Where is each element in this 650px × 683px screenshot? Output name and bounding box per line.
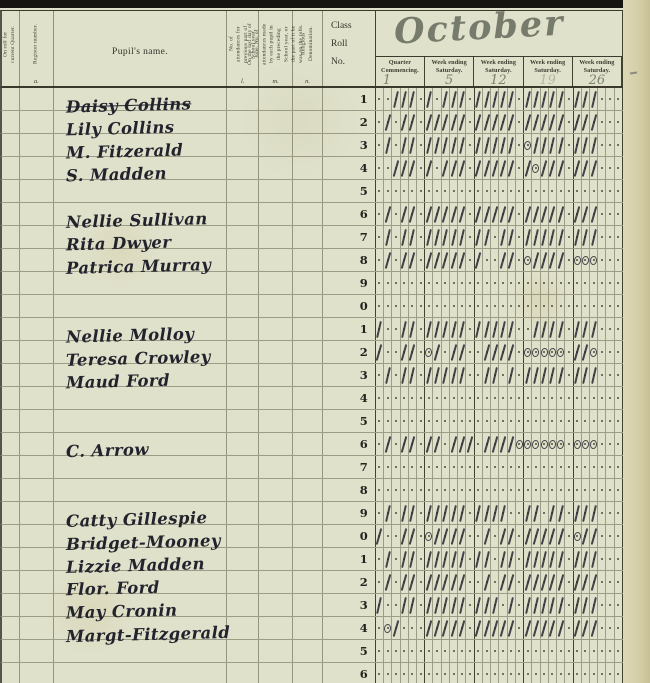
printed-dot (510, 650, 512, 652)
attendance-day-cell (524, 548, 532, 570)
empty-cell (259, 157, 293, 179)
attendance-stroke-mark (541, 366, 547, 383)
printed-dot (617, 604, 619, 606)
attendance-day-cell (508, 548, 516, 570)
attendance-day-cell (508, 364, 516, 386)
attendance-stroke-mark (409, 320, 415, 337)
week-attendance-block (475, 571, 524, 593)
attendance-day-cell (565, 318, 572, 340)
attendance-day-cell (532, 157, 540, 179)
printed-dot (617, 466, 619, 468)
printed-dot (444, 190, 446, 192)
attendance-day-cell (425, 663, 433, 683)
attendance-day-cell (376, 571, 384, 593)
printed-dot (420, 466, 422, 468)
week-attendance-block (574, 617, 623, 639)
attendance-day-cell (516, 594, 523, 616)
attendance-day-cell (499, 318, 507, 340)
attendance-stroke-mark (442, 228, 448, 245)
attendance-day-cell (376, 295, 384, 317)
empty-cell (20, 433, 54, 455)
pupil-name-cell (54, 295, 227, 317)
attendance-stroke-mark (574, 320, 580, 337)
empty-cell (2, 663, 20, 683)
attendance-stroke-mark (582, 206, 589, 223)
printed-dot (486, 397, 488, 399)
class-roll-number: 2 (360, 115, 368, 129)
attendance-day-cell (401, 295, 409, 317)
empty-cell (227, 226, 259, 248)
attendance-day-cell (516, 272, 523, 294)
printed-dot (617, 420, 619, 422)
attendance-day-cell (606, 364, 614, 386)
attendance-day-cell (417, 226, 424, 248)
printed-dot (568, 604, 570, 606)
empty-cell (20, 88, 54, 110)
attendance-day-cell (524, 571, 532, 593)
attendance-day-cell (615, 479, 622, 501)
attendance-stroke-mark (590, 574, 597, 591)
attendance-day-cell (590, 433, 598, 455)
attendance-day-cell (508, 525, 516, 547)
printed-dot (518, 420, 520, 422)
printed-dot (568, 190, 570, 192)
empty-cell (293, 387, 323, 409)
empty-cell (227, 479, 259, 501)
attendance-stroke-mark (409, 160, 416, 177)
attendance-day-cell (606, 433, 614, 455)
attendance-day-cell (392, 341, 400, 363)
empty-cell (259, 663, 293, 683)
attendance-stroke-mark (426, 550, 432, 567)
attendance-day-cell (590, 157, 598, 179)
printed-dot (601, 374, 603, 376)
attendance-stroke-mark (508, 620, 515, 637)
printed-dot (502, 420, 504, 422)
printed-dot (551, 466, 553, 468)
empty-cell (259, 180, 293, 202)
attendance-day-cell (598, 456, 606, 478)
attendance-stroke-mark (583, 504, 589, 521)
class-roll-number: 9 (360, 276, 368, 290)
printed-dot (378, 489, 380, 491)
attendance-day-cell (508, 341, 516, 363)
attendance-day-cell (466, 134, 473, 156)
attendance-day-cell (574, 88, 582, 110)
attendance-day-cell (549, 111, 557, 133)
attendance-day-cell (516, 410, 523, 432)
printed-dot (395, 581, 397, 583)
printed-dot (395, 650, 397, 652)
printed-dot (494, 673, 496, 675)
week-attendance-block (376, 249, 425, 271)
printed-dot (593, 650, 595, 652)
attendance-day-cell (590, 318, 598, 340)
attendance-day-cell (524, 134, 532, 156)
printed-dot (510, 512, 512, 514)
attendance-day-cell (590, 364, 598, 386)
attendance-stroke-mark (442, 90, 448, 107)
absence-zero-mark (581, 439, 589, 449)
week-attendance-block (524, 502, 573, 524)
attendance-day-cell (466, 364, 473, 386)
printed-dot (403, 627, 405, 629)
attendance-day-cell (376, 157, 384, 179)
attendance-day-cell (574, 364, 582, 386)
printed-dot (510, 489, 512, 491)
printed-dot (609, 351, 611, 353)
empty-cell (259, 456, 293, 478)
week-attendance-block (475, 594, 524, 616)
printed-dot (543, 282, 545, 284)
attendance-day-cell (598, 88, 606, 110)
attendance-day-cell (582, 525, 590, 547)
attendance-day-cell (433, 318, 441, 340)
empty-cell (227, 111, 259, 133)
empty-cell (2, 502, 20, 524)
attendance-day-cell (401, 341, 409, 363)
attendance-stroke-mark (483, 574, 490, 591)
attendance-stroke-mark (475, 596, 481, 613)
printed-dot (428, 489, 430, 491)
attendance-stroke-mark (500, 90, 506, 107)
printed-dot (576, 673, 578, 675)
attendance-day-cell (475, 456, 483, 478)
attendance-day-cell (508, 249, 516, 271)
attendance-day-cell (574, 341, 582, 363)
attendance-stroke-mark (409, 90, 415, 107)
week-attendance-block (475, 272, 524, 294)
attendance-day-cell (425, 272, 433, 294)
empty-cell (293, 502, 323, 524)
attendance-day-cell (442, 249, 450, 271)
class-roll-number: 6 (360, 437, 368, 451)
attendance-day-cell (606, 387, 614, 409)
empty-cell (259, 203, 293, 225)
attendance-day-cell (516, 180, 523, 202)
printed-dot (387, 282, 389, 284)
attendance-day-cell (384, 134, 392, 156)
attendance-day-cell (532, 640, 540, 662)
printed-dot (502, 374, 504, 376)
printed-dot (518, 144, 520, 146)
attendance-day-cell (541, 111, 549, 133)
printed-dot (387, 190, 389, 192)
empty-cell (227, 272, 259, 294)
week-attendance-block (574, 548, 623, 570)
attendance-day-cell (615, 318, 622, 340)
attendance-day-cell (392, 433, 400, 455)
attendance-day-cell (615, 433, 622, 455)
attendance-day-cell (549, 341, 557, 363)
pupil-name: Maud Ford (66, 371, 170, 393)
attendance-stroke-mark (533, 252, 540, 269)
attendance-day-cell (574, 525, 582, 547)
attendance-day-cell (450, 249, 458, 271)
attendance-day-cell (466, 387, 473, 409)
pupil-row: Nellie Sullivan6 (0, 203, 623, 226)
printed-dot (576, 420, 578, 422)
attendance-stroke-mark (574, 90, 580, 107)
attendance-day-cell (615, 548, 622, 570)
empty-cell (2, 410, 20, 432)
attendance-day-cell (401, 88, 409, 110)
attendance-day-cell (442, 433, 450, 455)
attendance-day-cell (409, 571, 417, 593)
attendance-day-cell (557, 318, 565, 340)
attendance-day-cell (392, 502, 400, 524)
attendance-day-cell (557, 548, 565, 570)
week-attendance-block (425, 502, 474, 524)
empty-cell (20, 203, 54, 225)
printed-dot (601, 259, 603, 261)
attendance-stroke-mark (590, 528, 597, 545)
attendance-day-cell (582, 318, 590, 340)
printed-dot (584, 190, 586, 192)
attendance-day-cell (508, 318, 516, 340)
printed-dot (378, 512, 380, 514)
week-attendance-block (425, 571, 474, 593)
printed-dot (527, 190, 529, 192)
printed-dot (609, 98, 611, 100)
empty-cell (293, 640, 323, 662)
attendance-day-cell (409, 157, 417, 179)
attendance-stroke-mark (442, 620, 449, 637)
printed-dot (601, 604, 603, 606)
attendance-day-cell (409, 364, 417, 386)
printed-dot (428, 420, 430, 422)
empty-cell (259, 502, 293, 524)
week-attendance-block (475, 364, 524, 386)
printed-dot (518, 98, 520, 100)
class-roll-number: 3 (360, 368, 368, 382)
attendance-day-cell (516, 456, 523, 478)
attendance-day-cell (417, 571, 424, 593)
class-roll-number: 4 (360, 391, 368, 405)
week-attendance-block (524, 111, 573, 133)
attendance-stroke-mark (491, 620, 498, 637)
attendance-day-cell (541, 203, 549, 225)
attendance-stroke-mark (574, 344, 581, 361)
attendance-stroke-mark (541, 574, 548, 591)
attendance-day-cell (541, 295, 549, 317)
pupil-name: S. Madden (66, 164, 167, 186)
attendance-day-cell (590, 502, 598, 524)
attendance-day-cell (475, 594, 483, 616)
printed-dot (378, 558, 380, 560)
empty-cell (293, 594, 323, 616)
week-attendance-block (574, 433, 623, 455)
attendance-day-cell (565, 548, 572, 570)
attendance-day-cell (401, 456, 409, 478)
attendance-day-cell (606, 88, 614, 110)
attendance-stroke-mark (434, 136, 440, 153)
attendance-day-cell (491, 180, 499, 202)
empty-cell (2, 571, 20, 593)
printed-dot (420, 581, 422, 583)
week-attendance-block (425, 479, 474, 501)
attendance-day-cell (516, 479, 523, 501)
attendance-day-cell (384, 387, 392, 409)
printed-dot (436, 466, 438, 468)
week-header-block: Week ending Saturday.12 (474, 57, 523, 86)
printed-dot (444, 673, 446, 675)
attendance-stroke-mark (491, 206, 498, 223)
pupil-name: C. Arrow (66, 440, 149, 461)
attendance-day-cell (384, 456, 392, 478)
printed-dot (420, 167, 422, 169)
attendance-stroke-mark (500, 620, 507, 637)
printed-dot (568, 213, 570, 215)
empty-cell (227, 134, 259, 156)
attendance-day-cell (524, 479, 532, 501)
attendance-day-cell (615, 663, 622, 683)
printed-dot (461, 489, 463, 491)
printed-dot (411, 673, 413, 675)
attendance-day-cell (392, 594, 400, 616)
attendance-stroke-mark (590, 620, 597, 637)
printed-dot (593, 190, 595, 192)
attendance-stroke-mark (434, 620, 441, 637)
attendance-day-cell (392, 226, 400, 248)
attendance-day-cell (425, 341, 433, 363)
attendance-day-cell (524, 226, 532, 248)
attendance-day-cell (582, 479, 590, 501)
printed-dot (617, 650, 619, 652)
printed-dot (486, 420, 488, 422)
attendance-day-cell (376, 272, 384, 294)
week-attendance-block (574, 295, 623, 317)
attendance-stroke-mark (525, 90, 531, 107)
week-attendance-block (524, 226, 573, 248)
printed-dot (609, 420, 611, 422)
printed-dot (378, 236, 380, 238)
attendance-day-cell (532, 571, 540, 593)
attendance-day-cell (401, 249, 409, 271)
printed-dot (609, 282, 611, 284)
attendance-day-cell (376, 364, 384, 386)
attendance-day-cell (541, 479, 549, 501)
week-attendance-block (574, 640, 623, 662)
attendance-stroke-mark (484, 136, 490, 153)
class-roll-number: 0 (360, 299, 368, 313)
attendance-day-cell (557, 341, 565, 363)
attendance-stroke-mark (384, 206, 391, 223)
week-attendance-block (524, 640, 573, 662)
attendance-day-cell (466, 180, 473, 202)
attendance-day-cell (458, 502, 466, 524)
attendance-day-cell (384, 548, 392, 570)
attendance-day-cell (384, 88, 392, 110)
printed-dot (510, 190, 512, 192)
attendance-stroke-mark (558, 596, 564, 613)
attendance-day-cell (508, 594, 516, 616)
attendance-day-cell (384, 479, 392, 501)
printed-dot (395, 512, 397, 514)
printed-dot (420, 144, 422, 146)
attendance-day-cell (466, 249, 473, 271)
week-attendance-block (475, 640, 524, 662)
attendance-day-cell (491, 433, 499, 455)
empty-cell (20, 594, 54, 616)
week-attendance-block (475, 180, 524, 202)
attendance-day-cell (442, 157, 450, 179)
week-attendance-block (524, 157, 573, 179)
month-title-handwritten: October (393, 3, 565, 53)
printed-dot (601, 213, 603, 215)
printed-dot (494, 650, 496, 652)
printed-dot (543, 512, 545, 514)
attendance-day-cell (598, 111, 606, 133)
pupil-row: 8 (0, 479, 623, 502)
week-attendance-block (475, 111, 524, 133)
attendance-stroke-mark (533, 136, 539, 153)
empty-cell (259, 88, 293, 110)
attendance-day-cell (541, 341, 549, 363)
printed-dot (494, 259, 496, 261)
attendance-day-cell (582, 548, 590, 570)
week-attendance-block (376, 157, 425, 179)
empty-cell (293, 663, 323, 683)
attendance-day-cell (376, 640, 384, 662)
attendance-day-cell (491, 203, 499, 225)
attendance-day-cell (582, 571, 590, 593)
attendance-day-cell (557, 433, 565, 455)
attendance-stroke-mark (376, 344, 383, 361)
attendance-day-cell (508, 433, 516, 455)
week-attendance-block (425, 617, 474, 639)
empty-cell (20, 111, 54, 133)
printed-dot (601, 650, 603, 652)
printed-dot (411, 420, 413, 422)
printed-dot (420, 98, 422, 100)
class-roll-number: 3 (360, 138, 368, 152)
week-attendance-block (376, 226, 425, 248)
attendance-day-cell (450, 157, 458, 179)
attendance-day-cell (458, 318, 466, 340)
attendance-day-cell (590, 410, 598, 432)
class-roll-number: 2 (360, 345, 368, 359)
printed-dot (411, 305, 413, 307)
printed-dot (609, 443, 611, 445)
printed-dot (609, 604, 611, 606)
printed-dot (453, 190, 455, 192)
attendance-day-cell (582, 88, 590, 110)
attendance-day-cell (565, 295, 572, 317)
printed-dot (543, 466, 545, 468)
empty-cell (259, 318, 293, 340)
week-attendance-block (376, 502, 425, 524)
attendance-day-cell (458, 617, 466, 639)
attendance-day-cell (450, 88, 458, 110)
attendance-day-cell (524, 249, 532, 271)
attendance-day-cell (417, 364, 424, 386)
attendance-day-cell (475, 663, 483, 683)
attendance-day-cell (557, 180, 565, 202)
attendance-stroke-mark (484, 228, 490, 245)
attendance-day-cell (491, 502, 499, 524)
week-attendance-block (574, 318, 623, 340)
attendance-stroke-mark (591, 596, 597, 613)
attendance-stroke-mark (442, 160, 449, 177)
class-roll-cell: 5 (323, 640, 376, 662)
week-attendance-block (425, 318, 474, 340)
absence-zero-mark (573, 439, 581, 449)
attendance-day-cell (442, 617, 450, 639)
printed-dot (617, 236, 619, 238)
week-attendance-block (524, 341, 573, 363)
printed-dot (486, 673, 488, 675)
